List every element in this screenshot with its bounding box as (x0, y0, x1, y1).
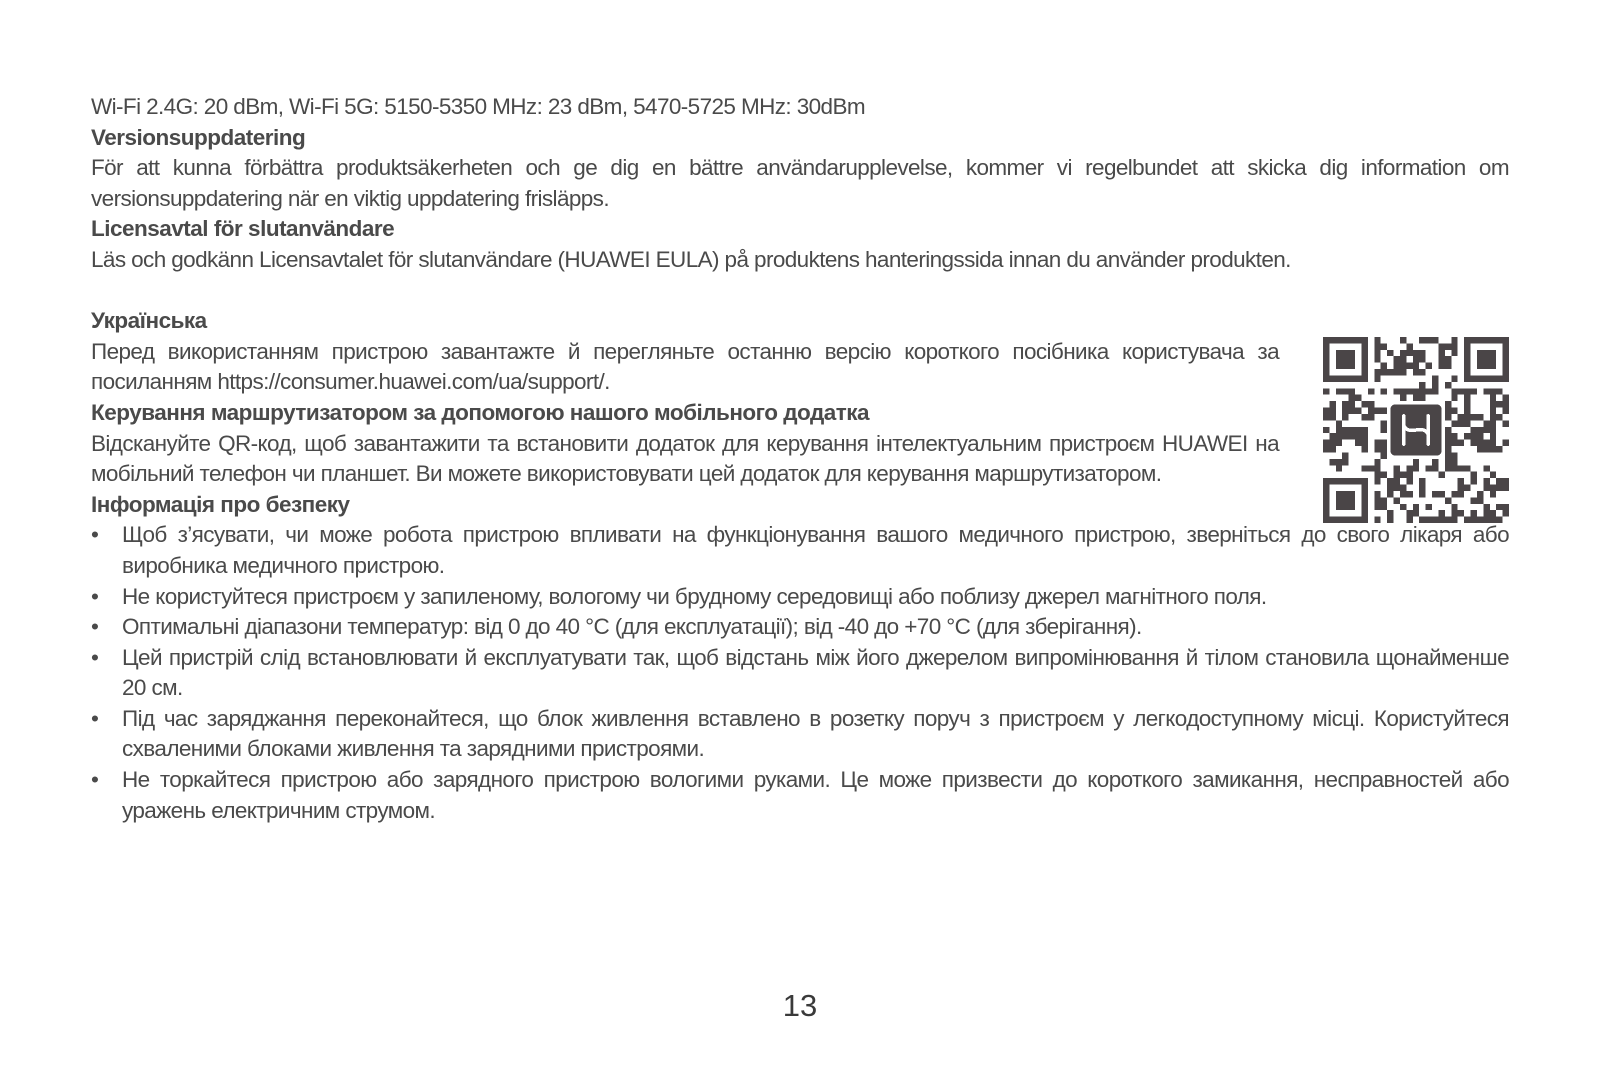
app-section-body: Відскануйте QR-код, щоб завантажити та в… (91, 429, 1279, 490)
bullet-icon: • (91, 582, 98, 613)
safety-item-text: Не торкайтеся пристрою або зарядного при… (122, 767, 1509, 823)
safety-item-text: Цей пристрій слід встановлювати й експлу… (122, 645, 1509, 701)
bullet-icon: • (91, 520, 98, 551)
safety-item-text: Оптимальні діапазони температур: від 0 д… (122, 614, 1142, 639)
app-section-heading: Керування маршрутизатором за допомогою н… (91, 398, 1279, 429)
bullet-icon: • (91, 704, 98, 735)
wifi-power-spec: Wi-Fi 2.4G: 20 dBm, Wi-Fi 5G: 5150-5350 … (91, 92, 1509, 123)
section-spacer (91, 276, 1509, 307)
safety-list: •Щоб з’ясувати, чи може робота пристрою … (91, 520, 1509, 826)
ukrainian-intro: Перед використанням пристрою завантажте … (91, 337, 1279, 398)
safety-item-text: Під час заряджання переконайтеся, що бло… (122, 706, 1509, 762)
safety-list-item: •Цей пристрій слід встановлювати й експл… (91, 643, 1509, 704)
safety-item-text: Щоб з’ясувати, чи може робота пристрою в… (122, 522, 1509, 578)
safety-list-item: •Оптимальні діапазони температур: від 0 … (91, 612, 1509, 643)
eula-body: Läs och godkänn Licensavtalet för slutan… (91, 245, 1509, 276)
safety-heading: Інформація про безпеку (91, 490, 1509, 521)
safety-list-item: •Під час заряджання переконайтеся, що бл… (91, 704, 1509, 765)
version-update-heading: Versionsuppdatering (91, 123, 1509, 154)
bullet-icon: • (91, 765, 98, 796)
eula-heading: Licensavtal för slutanvändare (91, 214, 1509, 245)
bullet-icon: • (91, 643, 98, 674)
safety-list-item: •Щоб з’ясувати, чи може робота пристрою … (91, 520, 1509, 581)
safety-list-item: •Не користуйтеся пристроєм у запиленому,… (91, 582, 1509, 613)
page-number: 13 (0, 988, 1600, 1024)
safety-list-item: •Не торкайтеся пристрою або зарядного пр… (91, 765, 1509, 826)
ukrainian-language-heading: Українська (91, 306, 1509, 337)
app-section: Перед використанням пристрою завантажте … (91, 337, 1509, 490)
bullet-icon: • (91, 612, 98, 643)
qr-code-icon (1323, 337, 1509, 523)
document-page: Wi-Fi 2.4G: 20 dBm, Wi-Fi 5G: 5150-5350 … (91, 92, 1509, 826)
version-update-body: För att kunna förbättra produktsäkerhete… (91, 153, 1509, 214)
safety-item-text: Не користуйтеся пристроєм у запиленому, … (122, 584, 1267, 609)
